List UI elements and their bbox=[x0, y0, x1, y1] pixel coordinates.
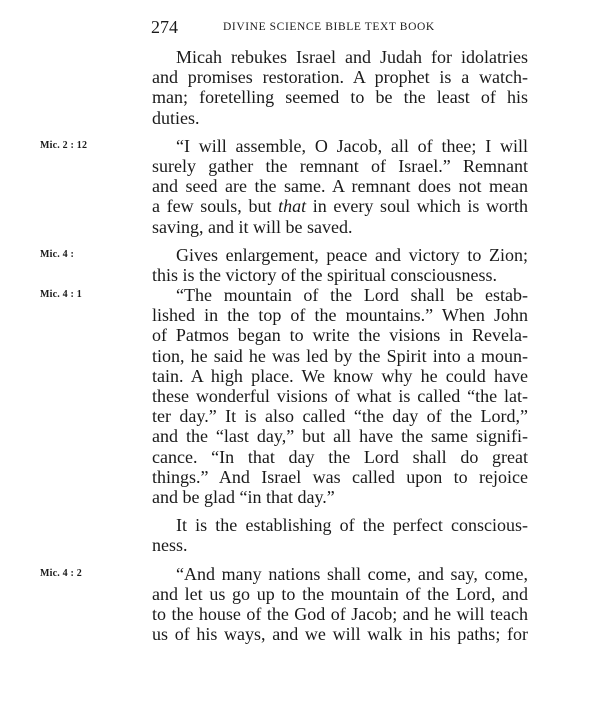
text-line: us of his ways, and we will walk in his … bbox=[152, 624, 528, 644]
text-line: Micah rebukes Israel and Judah for idola… bbox=[152, 47, 528, 67]
text-line-with-italic: a few souls, but that in every soul whic… bbox=[152, 196, 528, 216]
text-line: “I will assemble, O Jacob, all of thee; … bbox=[152, 136, 528, 156]
margin-reference: Mic. 4 : bbox=[40, 249, 74, 260]
text-line: man; foretelling seemed to be the least … bbox=[152, 87, 528, 107]
margin-reference: Mic. 4 : 1 bbox=[40, 289, 82, 300]
text-line: and seed are the same. A remnant does no… bbox=[152, 176, 528, 196]
text-line: “And many nations shall come, and say, c… bbox=[152, 564, 528, 584]
paragraph: Mic. 4 : 2 “And many nations shall come,… bbox=[152, 564, 528, 645]
text-line: and the “last day,” but all have the sam… bbox=[152, 426, 528, 446]
page-body: Micah rebukes Israel and Judah for idola… bbox=[152, 47, 528, 644]
paragraph: Mic. 4 : 1 “The mountain of the Lord sha… bbox=[152, 285, 528, 507]
paragraph: Mic. 2 : 12 “I will assemble, O Jacob, a… bbox=[152, 136, 528, 237]
page-number: 274 bbox=[151, 17, 178, 38]
text-line: this is the victory of the spiritual con… bbox=[152, 265, 528, 285]
paragraph: Mic. 4 : Gives enlargement, peace and vi… bbox=[152, 245, 528, 285]
paragraph: Micah rebukes Israel and Judah for idola… bbox=[152, 47, 528, 128]
running-title: DIVINE SCIENCE BIBLE TEXT BOOK bbox=[223, 21, 435, 33]
text-line: of Patmos began to write the visions in … bbox=[152, 325, 528, 345]
text-line: ness. bbox=[152, 535, 528, 555]
text-line: duties. bbox=[152, 108, 528, 128]
text-line: Gives enlargement, peace and victory to … bbox=[152, 245, 528, 265]
emphasized-word: that bbox=[278, 196, 306, 216]
text-line: surely gather the remnant of Israel.” Re… bbox=[152, 156, 528, 176]
text-line: and let us go up to the mountain of the … bbox=[152, 584, 528, 604]
text-line: to the house of the God of Jacob; and he… bbox=[152, 604, 528, 624]
text-line: saving, and it will be saved. bbox=[152, 217, 528, 237]
text-line: cance. “In that day the Lord shall do gr… bbox=[152, 447, 528, 467]
text-line: ter day.” It is also called “the day of … bbox=[152, 406, 528, 426]
text-line: tain. A high place. We know why he could… bbox=[152, 366, 528, 386]
text-line: things.” And Israel was called upon to r… bbox=[152, 467, 528, 487]
text-line: and promises restoration. A prophet is a… bbox=[152, 67, 528, 87]
text-line: tion, he said he was led by the Spirit i… bbox=[152, 346, 528, 366]
page-header: 274 DIVINE SCIENCE BIBLE TEXT BOOK bbox=[151, 17, 531, 37]
margin-reference: Mic. 4 : 2 bbox=[40, 568, 82, 579]
text-line: these wonderful visions of what is calle… bbox=[152, 386, 528, 406]
text-line: It is the establishing of the perfect co… bbox=[152, 515, 528, 535]
text-line: “The mountain of the Lord shall be estab… bbox=[152, 285, 528, 305]
text-line: and be glad “in that day.” bbox=[152, 487, 528, 507]
margin-reference: Mic. 2 : 12 bbox=[40, 140, 87, 151]
text-line: lished in the top of the mountains.” Whe… bbox=[152, 305, 528, 325]
paragraph: It is the establishing of the perfect co… bbox=[152, 515, 528, 555]
